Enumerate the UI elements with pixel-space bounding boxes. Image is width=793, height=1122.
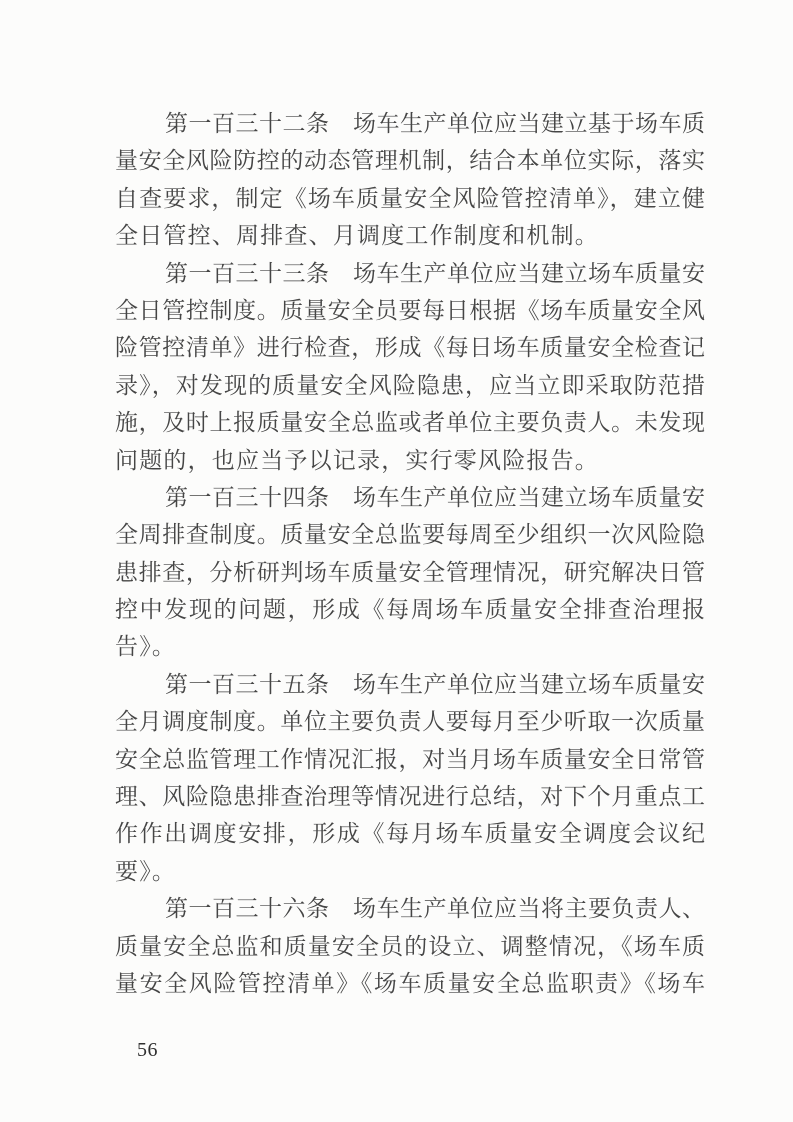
- article-first-line: 第一百三十二条 场车生产单位应当建立基于场车质: [115, 105, 705, 142]
- text-line: 施，及时上报质量安全总监或者单位主要负责人。未发现: [115, 404, 705, 441]
- text-line: 自查要求，制定《场车质量安全风险管控清单》，建立健: [115, 180, 705, 217]
- text-line: 全月调度制度。单位主要负责人要每月至少听取一次质量: [115, 703, 705, 740]
- text-line: 全周排查制度。质量安全总监要每周至少组织一次风险隐: [115, 516, 705, 553]
- text-line: 安全总监管理工作情况汇报，对当月场车质量安全日常管: [115, 741, 705, 778]
- text-line: 理、风险隐患排查治理等情况进行总结，对下个月重点工: [115, 778, 705, 815]
- article-first-line: 第一百三十五条 场车生产单位应当建立场车质量安: [115, 666, 705, 703]
- article-first-line: 第一百三十三条 场车生产单位应当建立场车质量安: [115, 255, 705, 292]
- text-line: 问题的，也应当予以记录，实行零风险报告。: [115, 442, 705, 479]
- text-line: 作作出调度安排，形成《每月场车质量安全调度会议纪: [115, 815, 705, 852]
- page-number: 56: [137, 1038, 158, 1062]
- text-line: 要》。: [115, 853, 705, 890]
- text-line: 量安全风险管控清单》《场车质量安全总监职责》《场车: [115, 965, 705, 1002]
- article-first-line: 第一百三十四条 场车生产单位应当建立场车质量安: [115, 479, 705, 516]
- text-line: 质量安全总监和质量安全员的设立、调整情况，《场车质: [115, 928, 705, 965]
- text-line: 全日管控、周排查、月调度工作制度和机制。: [115, 217, 705, 254]
- text-line: 录》，对发现的质量安全风险隐患，应当立即采取防范措: [115, 367, 705, 404]
- article-first-line: 第一百三十六条 场车生产单位应当将主要负责人、: [115, 890, 705, 927]
- text-line: 控中发现的问题，形成《每周场车质量安全排查治理报: [115, 591, 705, 628]
- text-line: 险管控清单》进行检查，形成《每日场车质量安全检查记: [115, 329, 705, 366]
- document-page: 第一百三十二条 场车生产单位应当建立基于场车质量安全风险防控的动态管理机制，结合…: [0, 0, 793, 1122]
- text-line: 量安全风险防控的动态管理机制，结合本单位实际，落实: [115, 142, 705, 179]
- text-line: 告》。: [115, 628, 705, 665]
- text-line: 患排查，分析研判场车质量安全管理情况，研究解决日管: [115, 554, 705, 591]
- text-block: 第一百三十二条 场车生产单位应当建立基于场车质量安全风险防控的动态管理机制，结合…: [115, 105, 705, 1002]
- text-line: 全日管控制度。质量安全员要每日根据《场车质量安全风: [115, 292, 705, 329]
